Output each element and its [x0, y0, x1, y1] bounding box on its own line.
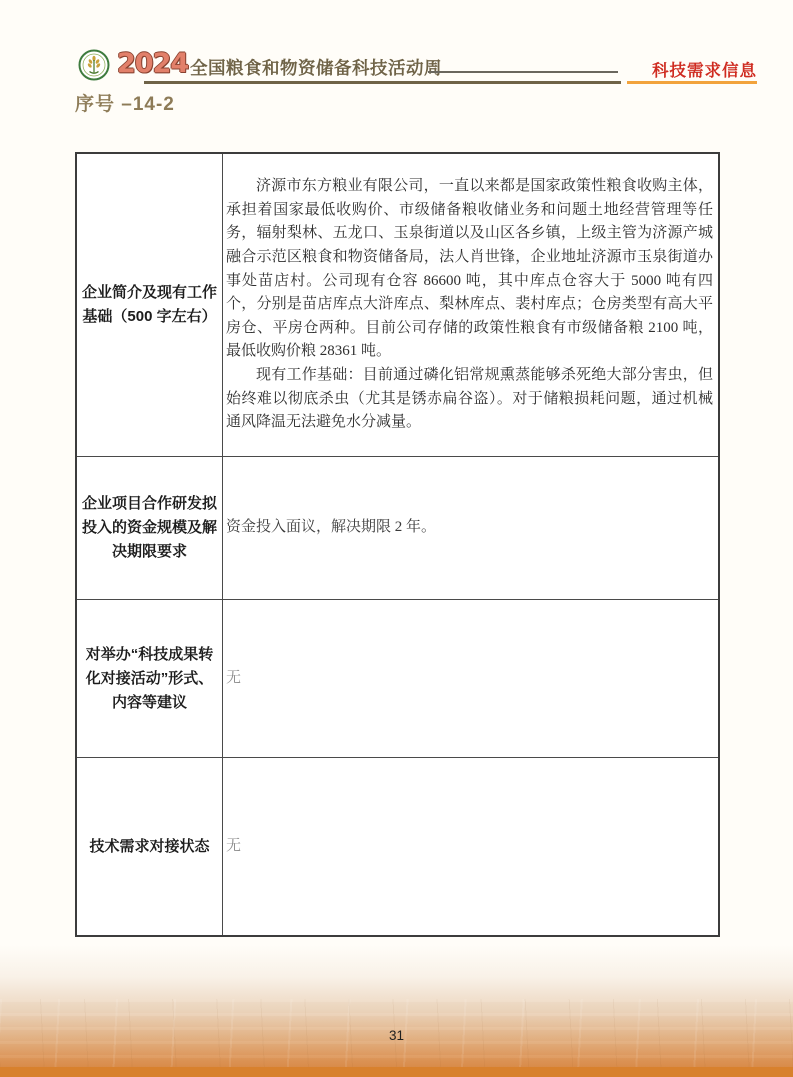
- profile-paragraph-2: 现有工作基础：目前通过磷化铝常规熏蒸能够杀死绝大部分害虫，但始终难以彻底杀虫（尤…: [226, 364, 713, 435]
- serial-number-label: 序号 –14-2: [75, 89, 175, 116]
- row-label-matching-status: 技术需求对接状态: [77, 758, 223, 935]
- row-label-event-suggestions: 对举办“科技成果转化对接活动”形式、内容等建议: [77, 600, 223, 758]
- row-content-funding-scale: 资金投入面议，解决期限 2 年。: [223, 457, 718, 600]
- section-label: 科技需求信息: [652, 57, 757, 81]
- row-label-funding-scale: 企业项目合作研发拟投入的资金规模及解决期限要求: [77, 457, 223, 600]
- page-header: 2024 全国粮食和物资储备科技活动周 科技需求信息: [78, 48, 757, 94]
- footer-artwork: [0, 945, 793, 1077]
- profile-paragraph-1: 济源市东方粮业有限公司，一直以来都是国家政策性粮食收购主体，承担着国家最低收购价…: [226, 175, 713, 364]
- header-underline-dark: [144, 81, 621, 84]
- matching-status-text: 无: [226, 835, 713, 859]
- row-content-matching-status: 无: [223, 758, 718, 935]
- event-suggestions-text: 无: [226, 667, 713, 691]
- header-underline-orange: [627, 81, 757, 84]
- document-page: 2024 全国粮食和物资储备科技活动周 科技需求信息 序号 –14-2 企业简介…: [0, 0, 793, 1077]
- row-content-event-suggestions: 无: [223, 600, 718, 758]
- row-label-company-profile: 企业简介及现有工作基础（500 字左右）: [77, 154, 223, 457]
- footer-orange-strip: [0, 1067, 793, 1077]
- funding-scale-text: 资金投入面议，解决期限 2 年。: [226, 516, 713, 540]
- requirement-table: 企业简介及现有工作基础（500 字左右） 济源市东方粮业有限公司，一直以来都是国…: [75, 152, 720, 937]
- event-year: 2024: [117, 48, 188, 79]
- header-connector-rule: [428, 71, 618, 73]
- row-content-company-profile: 济源市东方粮业有限公司，一直以来都是国家政策性粮食收购主体，承担着国家最低收购价…: [223, 154, 718, 457]
- grain-reserve-emblem-icon: [78, 49, 110, 81]
- page-number: 31: [0, 1028, 793, 1043]
- event-title: 全国粮食和物资储备科技活动周: [190, 55, 442, 80]
